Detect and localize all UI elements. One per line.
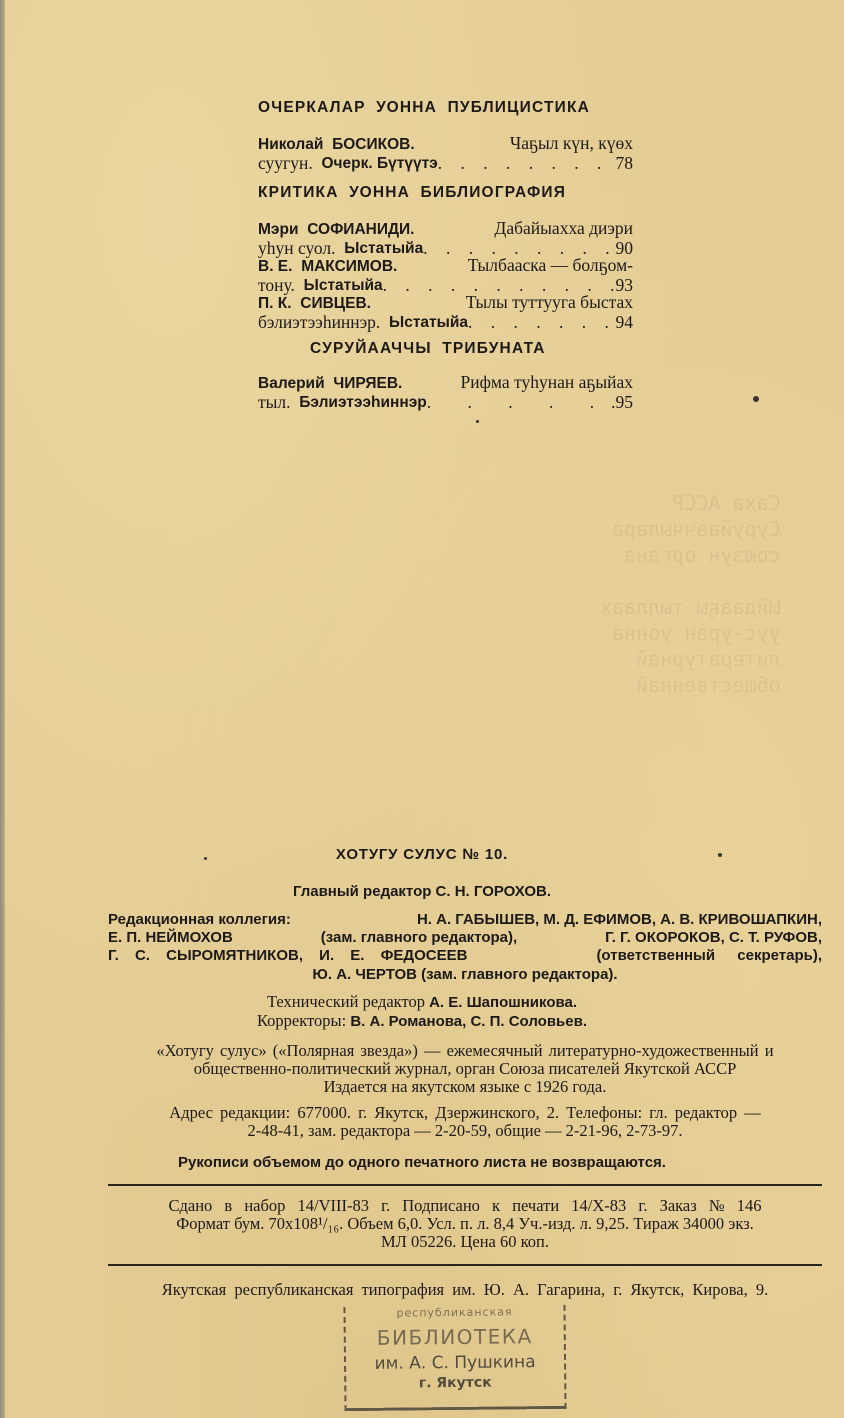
board-label: Редакционная коллегия:	[108, 911, 291, 929]
stamp-line: г. Якутск	[346, 1374, 564, 1392]
stamp-line: им. А. С. Пушкина	[346, 1352, 564, 1374]
entry-title: Тылы туттууга быстах	[466, 293, 633, 313]
toc-entry[interactable]: Николай БОСИКОВ. Чаҕыл күн, күөх суугун.…	[258, 134, 633, 173]
address-line: 2-48-41, зам. редактора — 2-20-59, общие…	[108, 1122, 822, 1140]
ink-speck	[718, 853, 722, 857]
author-first: Николай	[258, 136, 323, 153]
description-line: Издается на якутском языке с 1926 года.	[108, 1078, 822, 1096]
journal-issue: ХОТУГУ СУЛУС № 10.	[336, 846, 508, 863]
print-line: Формат бум. 70х108¹/₁₆. Объем 6,0. Усл. …	[108, 1215, 822, 1233]
chief-editor-label: Главный редактор	[293, 883, 431, 900]
author-first: Валерий	[258, 375, 325, 392]
tech-editor-name: А. Е. Шапошникова.	[429, 994, 577, 1011]
print-line: Сдано в набор 14/VIII-83 г. Подписано к …	[108, 1197, 822, 1215]
entry-genre: Бэлиэтээһиннэр	[299, 393, 427, 412]
page-number: 94	[616, 313, 634, 332]
entry-title-cont: суугун.	[258, 154, 313, 173]
divider	[108, 1264, 822, 1266]
board-name: Ю. А. ЧЕРТОВ	[312, 966, 417, 983]
manuscripts-note: Рукописи объемом до одного печатного лис…	[178, 1154, 666, 1171]
page-number: .95	[611, 393, 633, 412]
page-edge	[0, 0, 5, 1418]
chief-editor-name: С. Н. ГОРОХОВ.	[436, 883, 552, 900]
journal-description: «Хотугу сулус» («Полярная звезда») — еже…	[108, 1042, 822, 1096]
section-heading: СУРУЙААЧЧЫ ТРИБУНАТА	[310, 340, 546, 358]
author-last: СИВЦЕВ.	[300, 295, 371, 312]
board-role: (ответственный секретарь),	[596, 947, 822, 965]
entry-title-cont: тыл.	[258, 393, 291, 412]
ink-speck	[204, 857, 207, 860]
stamp-line: республиканская	[345, 1305, 563, 1320]
author-last: СОФИАНИДИ.	[307, 221, 414, 238]
board-names: Г. Г. ОКОРОКОВ, С. Т. РУФОВ,	[605, 929, 822, 947]
author-last: БОСИКОВ.	[332, 136, 415, 153]
print-line: МЛ 05226. Цена 60 коп.	[108, 1233, 822, 1251]
board-role: (зам. главного редактора),	[321, 929, 517, 947]
entry-title: Дабайыахха диэри	[494, 219, 633, 239]
leader-dots: . . . . .	[427, 393, 611, 412]
entry-genre: Ыстатыйа	[389, 313, 468, 332]
entry-title-cont: бэлиэтээһиннэр.	[258, 313, 380, 332]
entry-title: Чаҕыл күн, күөх	[510, 134, 633, 154]
author-first: Мэри	[258, 221, 298, 238]
author-first: П. К.	[258, 295, 292, 312]
address-line: Адрес редакции: 677000. г. Якутск, Дзерж…	[108, 1104, 822, 1122]
entry-title: Рифма туһунан аҕыйах	[461, 373, 634, 393]
divider	[108, 1184, 822, 1186]
toc-entry[interactable]: П. К. СИВЦЕВ. Тылы туттууга быстах бэлиэ…	[258, 293, 633, 332]
show-through-text: Саха АССР Суруйааччылара союзун органа Ы…	[600, 490, 781, 698]
board-name: Е. П. НЕЙМОХОВ	[108, 929, 233, 947]
ink-speck	[753, 396, 759, 402]
print-details: Сдано в набор 14/VIII-83 г. Подписано к …	[108, 1197, 822, 1251]
printer-line: Якутская республиканская типография им. …	[162, 1280, 769, 1299]
ink-speck	[476, 420, 479, 423]
description-line: «Хотугу сулус» («Полярная звезда») — еже…	[108, 1042, 822, 1060]
tech-editor-label: Технический редактор	[267, 992, 425, 1011]
proofreaders-label: Корректоры:	[257, 1011, 346, 1030]
stamp-line: БИБЛИОТЕКА	[346, 1324, 564, 1350]
author-last: ЧИРЯЕВ.	[333, 375, 402, 392]
section-heading: ОЧЕРКАЛАР УОННА ПУБЛИЦИСТИКА	[258, 99, 590, 117]
section-heading: КРИТИКА УОННА БИБЛИОГРАФИЯ	[258, 184, 566, 202]
page-number: 78	[616, 154, 634, 173]
board-names: Н. А. ГАБЫШЕВ, М. Д. ЕФИМОВ, А. В. КРИВО…	[417, 911, 822, 929]
toc-entry[interactable]: В. Е. МАКСИМОВ. Тылбааска — болҕом- тону…	[258, 256, 633, 295]
editorial-address: Адрес редакции: 677000. г. Якутск, Дзерж…	[108, 1104, 822, 1140]
proofreaders-names: В. А. Романова, С. П. Соловьев.	[350, 1013, 587, 1030]
author-first: В. Е.	[258, 258, 292, 275]
leader-dots: . . . . . . . . . . . . . . . .	[468, 313, 615, 332]
toc-entry[interactable]: Мэри СОФИАНИДИ. Дабайыахха диэри уһун су…	[258, 219, 633, 258]
board-names: Г. С. СЫРОМЯТНИКОВ, И. Е. ФЕДОСЕЕВ	[108, 947, 467, 965]
library-stamp: республиканская БИБЛИОТЕКА им. А. С. Пуш…	[343, 1305, 566, 1411]
description-line: общественно-политический журнал, орган С…	[108, 1060, 822, 1078]
leader-dots: . . . . . . . . . . . . . . . .	[438, 154, 616, 173]
entry-genre: Очерк. Бүтүүтэ	[321, 154, 437, 173]
editorial-board: Редакционная коллегия: Н. А. ГАБЫШЕВ, М.…	[108, 911, 822, 984]
entry-title: Тылбааска — болҕом-	[468, 256, 633, 276]
toc-entry[interactable]: Валерий ЧИРЯЕВ. Рифма туһунан аҕыйах тыл…	[258, 373, 633, 412]
author-last: МАКСИМОВ.	[301, 258, 397, 275]
board-role: (зам. главного редактора).	[421, 966, 617, 983]
